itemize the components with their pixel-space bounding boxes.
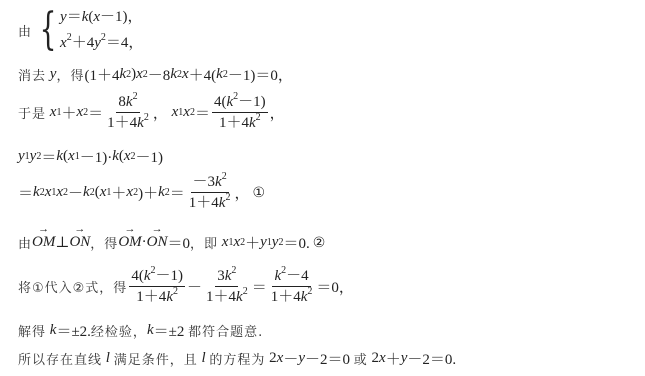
vieta-line: 于是 x1＋x2＝ 8k21＋4k2， x1x2＝ 4(k2－1)1＋4k2，: [18, 92, 285, 133]
conclusion-line: 所以存在直线 l 满足条件，且 l 的方程为 2x－y－2＝0 或 2x＋y－2…: [18, 348, 456, 369]
system-equation-1: y＝k(x－1)，: [60, 4, 143, 30]
system-equation-2: x2＋4y2＝4，: [60, 30, 143, 56]
expand-line: ＝k2x1x2－k2(x1＋x2)＋k2＝ －3k21＋4k2， ①: [18, 172, 268, 213]
system-prefix: 由: [18, 21, 32, 40]
y1y2-fraction: －3k21＋4k2: [187, 172, 233, 213]
y1y2-line: y1y2＝k(x1－1)·k(x2－1): [18, 146, 163, 167]
marker-1: ①: [252, 185, 265, 201]
eliminate-line: 消去 y，得(1＋4k2)x2－8k2x＋4(k2－1)＝0，: [18, 64, 293, 85]
substitute-line: 将①代入②式，得 4(k2－1)1＋4k2－ 3k21＋4k2＝ k2－41＋4…: [18, 266, 354, 307]
product-fraction: 4(k2－1)1＋4k2: [212, 92, 268, 133]
marker-2: ②: [313, 235, 326, 251]
system-block: { y＝k(x－1)， x2＋4y2＝4，: [32, 4, 143, 56]
perpendicular-line: 由OM⊥ON，得OM·ON＝0，即 x1x2＋y1y2＝0.②: [18, 232, 328, 253]
left-brace: {: [40, 8, 57, 52]
equation-system: 由 { y＝k(x－1)， x2＋4y2＝4，: [18, 4, 143, 56]
sum-fraction: 8k21＋4k2: [105, 92, 151, 133]
solve-line: 解得 k＝±2.经检验，k＝±2 都符合题意.: [18, 320, 263, 341]
